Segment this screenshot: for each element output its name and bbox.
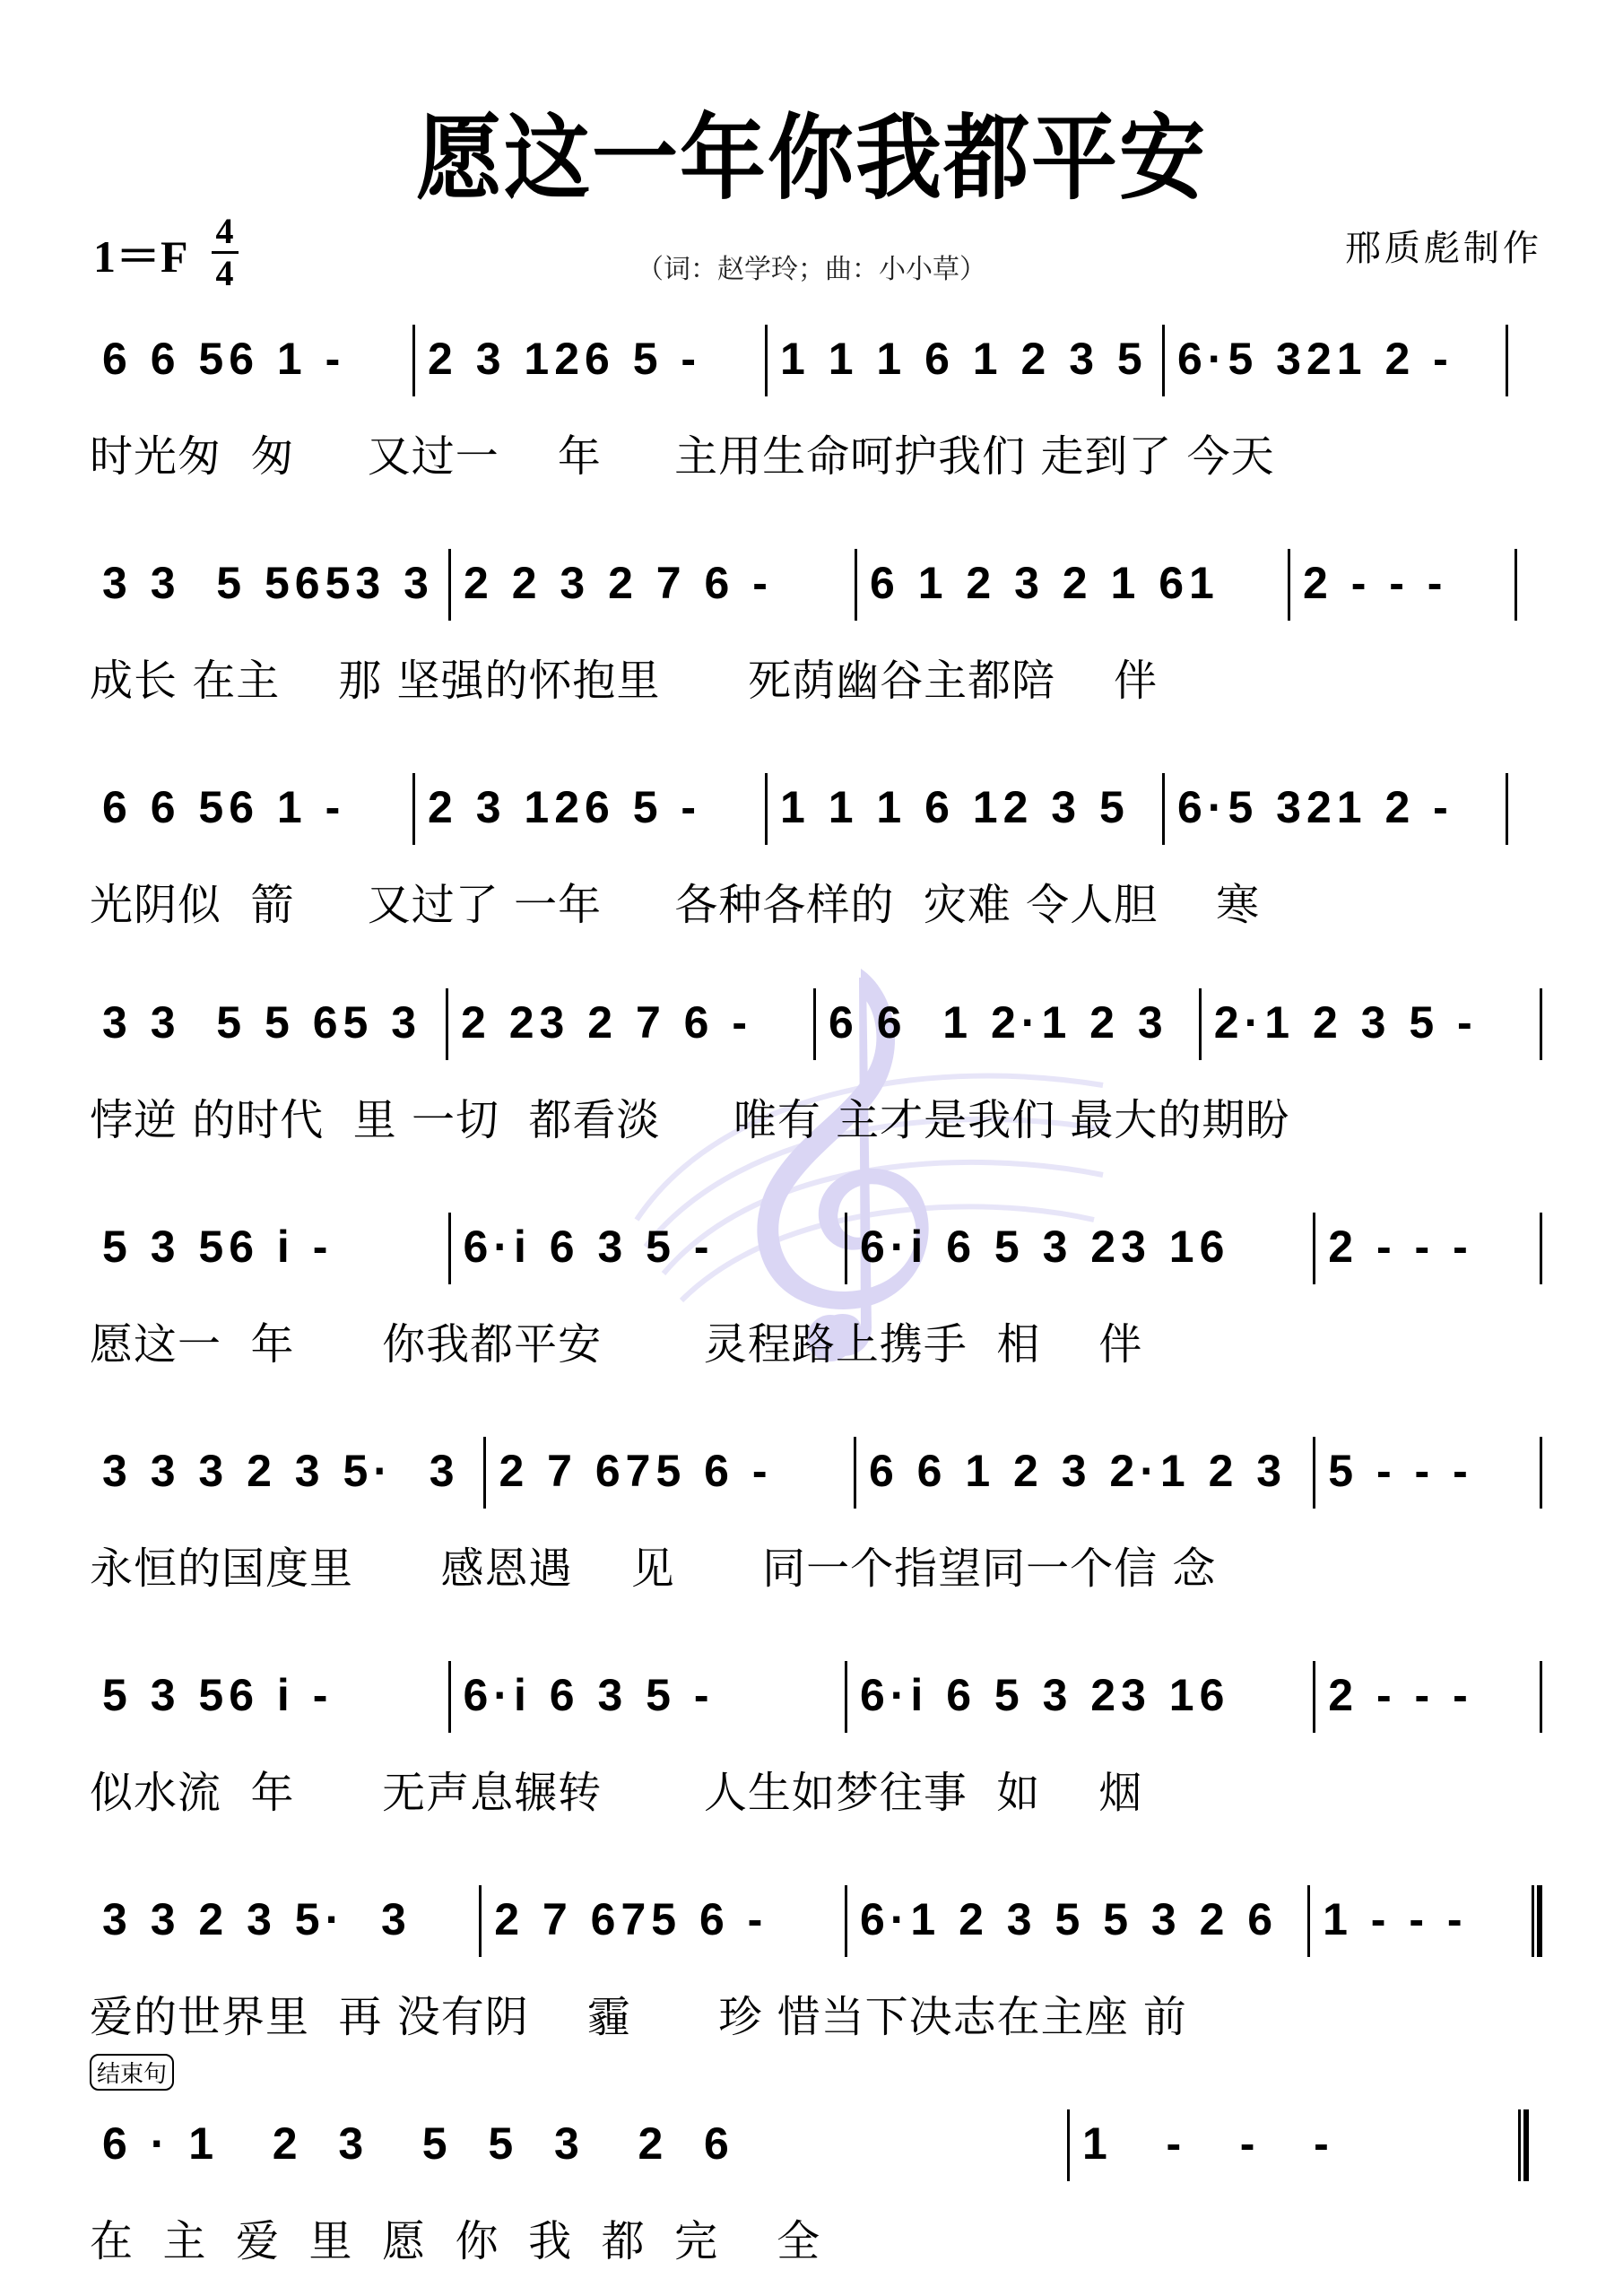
measure: 6·i 6 5 3 23 16 <box>847 1193 1313 1309</box>
measure-notes: 1 1 1 6 12 3 5 <box>780 780 1130 834</box>
ending-phrase-tag: 结束句 <box>90 2054 174 2091</box>
score-line: 6 6 56 1 -2 3 126 5 -1 1 1 6 12 3 56·5 3… <box>90 753 1542 933</box>
lyrics-line: 在 主 爱 里 愿 你 我 都 完 全 <box>90 2206 1542 2269</box>
measure: 2 3 126 5 - <box>415 305 765 422</box>
lyrics-line: 永恒的国度里 感恩遇 见 同一个指望同一个信 念 <box>90 1534 1542 1596</box>
notes-row: 6 6 56 1 -2 3 126 5 -1 1 1 6 12 3 56·5 3… <box>90 753 1542 870</box>
measure-notes: 2 - - - <box>1328 1668 1472 1722</box>
measure: 2 - - - <box>1315 1641 1540 1758</box>
measure: 3 3 5 5 65 3 <box>90 969 446 1085</box>
time-top: 4 <box>216 213 234 249</box>
score-line: 3 3 5 5653 32 2 3 2 7 6 -6 1 2 3 2 1 612… <box>90 529 1542 709</box>
measure-notes: 2 7 675 6 - <box>499 1444 772 1498</box>
measure-notes: 3 3 5 5653 3 <box>102 556 434 610</box>
measure: 5 3 56 i - <box>90 1193 448 1309</box>
song-title: 愿这一年你我都平安 <box>0 85 1623 218</box>
measure: 5 - - - <box>1315 1417 1540 1534</box>
measure-notes: 6·i 6 5 3 23 16 <box>860 1668 1229 1722</box>
score-line: 5 3 56 i -6·i 6 3 5 -6·i 6 5 3 23 162 - … <box>90 1641 1542 1821</box>
measure-notes: 6 6 56 1 - <box>102 780 345 834</box>
measure-notes: 6·i 6 3 5 - <box>464 1220 715 1274</box>
barline <box>1506 773 1508 845</box>
score-line: 6 · 1 2 3 5 5 3 2 61 - - -在 主 爱 里 愿 你 我 … <box>90 2090 1542 2269</box>
measure: 6 1 2 3 2 1 61 <box>857 529 1288 646</box>
measure: 2 3 126 5 - <box>415 753 765 870</box>
score-line: 5 3 56 i -6·i 6 3 5 -6·i 6 5 3 23 162 - … <box>90 1193 1542 1372</box>
measure-notes: 6·i 6 3 5 - <box>464 1668 715 1722</box>
measure: 6 6 56 1 - <box>90 305 412 422</box>
measure: 6·1 2 3 5 5 3 2 6 <box>847 1865 1307 1982</box>
barline <box>1540 988 1542 1060</box>
measure: 1 1 1 6 12 3 5 <box>768 753 1162 870</box>
measure: 6 6 56 1 - <box>90 753 412 870</box>
measure-notes: 3 3 5 5 65 3 <box>102 996 421 1049</box>
measure-notes: 5 - - - <box>1328 1444 1472 1498</box>
measure-notes: 1 - - - <box>1323 1892 1467 1946</box>
measure: 2 7 675 6 - <box>486 1417 853 1534</box>
lyrics-line: 光阴似 箭 又过了 一年 各种各样的 灾难 令人胆 寒 <box>90 870 1542 933</box>
measure-notes: 1 1 1 6 1 2 3 5 <box>780 332 1148 386</box>
notes-row: 6 · 1 2 3 5 5 3 2 61 - - - <box>90 2090 1542 2206</box>
measure-notes: 2 3 126 5 - <box>428 780 701 834</box>
lyrics-line: 时光匆 匆 又过一 年 主用生命呵护我们 走到了 今天 <box>90 422 1542 484</box>
final-barline <box>1518 2109 1529 2181</box>
notes-row: 3 3 5 5653 32 2 3 2 7 6 -6 1 2 3 2 1 612… <box>90 529 1542 646</box>
measure-notes: 1 - - - <box>1082 2117 1334 2170</box>
measure-notes: 2 - - - <box>1303 556 1447 610</box>
measure: 3 3 3 2 3 5· 3 <box>90 1417 483 1534</box>
notes-row: 5 3 56 i -6·i 6 3 5 -6·i 6 5 3 23 162 - … <box>90 1641 1542 1758</box>
measure-notes: 6 6 1 2 3 2·1 2 3 <box>869 1444 1287 1498</box>
measure-notes: 5 3 56 i - <box>102 1220 333 1274</box>
measure-notes: 3 3 3 2 3 5· 3 <box>102 1444 460 1498</box>
measure: 3 3 2 3 5· 3 <box>90 1865 479 1982</box>
measure-notes: 2·1 2 3 5 - <box>1214 996 1478 1049</box>
lyrics-line: 爱的世界里 再 没有阴 霾 珍 惜当下决志在主座 前 <box>90 1982 1542 2045</box>
barline <box>1506 325 1508 396</box>
notes-row: 3 3 2 3 5· 32 7 675 6 -6·1 2 3 5 5 3 2 6… <box>90 1865 1542 1982</box>
measure: 2 7 675 6 - <box>482 1865 845 1982</box>
measure: 1 - - - <box>1310 1865 1532 1982</box>
measure: 6·5 321 2 - <box>1165 305 1506 422</box>
measure: 6 · 1 2 3 5 5 3 2 6 <box>90 2090 1067 2206</box>
measure: 6 6 1 2 3 2·1 2 3 <box>856 1417 1313 1534</box>
measure: 2 - - - <box>1290 529 1515 646</box>
notes-row: 3 3 5 5 65 32 23 2 7 6 -6 6 1 2·1 2 32·1… <box>90 969 1542 1085</box>
score-line: 3 3 5 5 65 32 23 2 7 6 -6 6 1 2·1 2 32·1… <box>90 969 1542 1148</box>
measure-notes: 2 23 2 7 6 - <box>461 996 752 1049</box>
measure: 1 - - - <box>1070 2090 1518 2206</box>
measure-notes: 6·1 2 3 5 5 3 2 6 <box>860 1892 1278 1946</box>
measure-notes: 2 7 675 6 - <box>494 1892 768 1946</box>
final-barline <box>1532 1885 1542 1957</box>
measure-notes: 2 2 3 2 7 6 - <box>464 556 773 610</box>
measure-notes: 6 1 2 3 2 1 61 <box>870 556 1219 610</box>
measure: 6·i 6 3 5 - <box>451 1641 845 1758</box>
barline <box>1540 1661 1542 1733</box>
measure: 2 2 3 2 7 6 - <box>451 529 855 646</box>
lyrics-line: 似水流 年 无声息辗转 人生如梦往事 如 烟 <box>90 1758 1542 1821</box>
measure-notes: 6·5 321 2 - <box>1177 780 1454 834</box>
barline <box>1540 1213 1542 1284</box>
measure: 1 1 1 6 1 2 3 5 <box>768 305 1162 422</box>
measure: 5 3 56 i - <box>90 1641 448 1758</box>
measure: 3 3 5 5653 3 <box>90 529 448 646</box>
measure-notes: 3 3 2 3 5· 3 <box>102 1892 412 1946</box>
measure: 6·i 6 5 3 23 16 <box>847 1641 1313 1758</box>
measure: 2 - - - <box>1315 1193 1540 1309</box>
measure: 6·i 6 3 5 - <box>451 1193 845 1309</box>
measure-notes: 6 6 56 1 - <box>102 332 345 386</box>
measure-notes: 6 · 1 2 3 5 5 3 2 6 <box>102 2117 734 2170</box>
measure: 2 23 2 7 6 - <box>448 969 813 1085</box>
notes-row: 5 3 56 i -6·i 6 3 5 -6·i 6 5 3 23 162 - … <box>90 1193 1542 1309</box>
measure-notes: 6 6 1 2·1 2 3 <box>829 996 1168 1049</box>
barline <box>1515 549 1517 621</box>
measure: 6·5 321 2 - <box>1165 753 1506 870</box>
maker-credit: 邢质彪制作 <box>1345 220 1542 271</box>
score-line: 3 3 3 2 3 5· 32 7 675 6 -6 6 1 2 3 2·1 2… <box>90 1417 1542 1596</box>
barline <box>1540 1437 1542 1509</box>
notes-row: 6 6 56 1 -2 3 126 5 -1 1 1 6 1 2 3 56·5 … <box>90 305 1542 422</box>
lyrics-line: 愿这一 年 你我都平安 灵程路上携手 相 伴 <box>90 1309 1542 1372</box>
measure-notes: 5 3 56 i - <box>102 1668 333 1722</box>
measure-notes: 2 3 126 5 - <box>428 332 701 386</box>
measure-notes: 2 - - - <box>1328 1220 1472 1274</box>
lyrics-line: 悖逆 的时代 里 一切 都看淡 唯有 主才是我们 最大的期盼 <box>90 1085 1542 1148</box>
measure: 6 6 1 2·1 2 3 <box>816 969 1199 1085</box>
score-line: 6 6 56 1 -2 3 126 5 -1 1 1 6 1 2 3 56·5 … <box>90 305 1542 484</box>
measure-notes: 6·i 6 5 3 23 16 <box>860 1220 1229 1274</box>
score-line: 3 3 2 3 5· 32 7 675 6 -6·1 2 3 5 5 3 2 6… <box>90 1865 1542 2045</box>
measure-notes: 6·5 321 2 - <box>1177 332 1454 386</box>
lyrics-line: 成长 在主 那 坚强的怀抱里 死荫幽谷主都陪 伴 <box>90 646 1542 709</box>
notes-row: 3 3 3 2 3 5· 32 7 675 6 -6 6 1 2 3 2·1 2… <box>90 1417 1542 1534</box>
measure: 2·1 2 3 5 - <box>1202 969 1540 1085</box>
